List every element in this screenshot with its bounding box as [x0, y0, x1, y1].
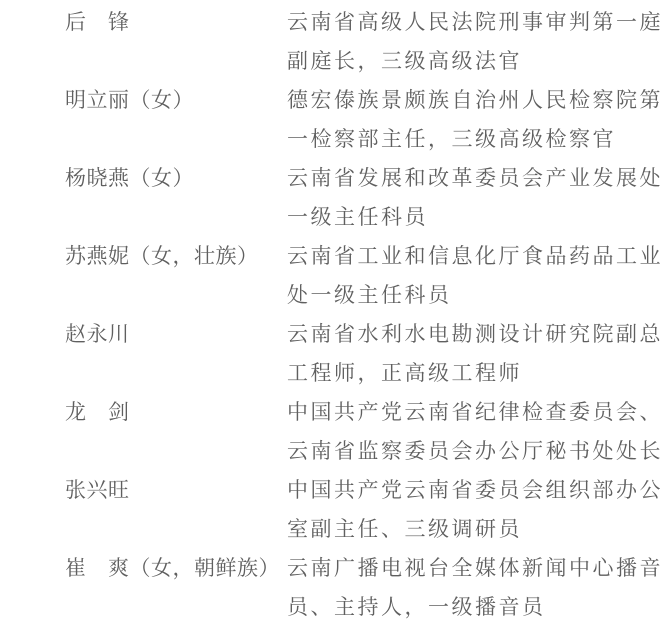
- person-name: 苏燕妮（女，壮族）: [65, 237, 287, 276]
- position-line-1: 云南省高级人民法院刑事审判第一庭: [287, 3, 663, 42]
- person-name: 杨晓燕（女）: [65, 159, 287, 198]
- person-position: 德宏傣族景颇族自治州人民检察院第 一检察部主任，三级高级检察官: [287, 81, 663, 159]
- appointment-roster: 后 锋 云南省高级人民法院刑事审判第一庭 副庭长，三级高级法官 明立丽（女） 德…: [0, 0, 670, 633]
- document-page: { "document": { "colors": { "background"…: [0, 0, 670, 633]
- position-line-1: 德宏傣族景颇族自治州人民检察院第: [287, 81, 663, 120]
- person-position: 云南省高级人民法院刑事审判第一庭 副庭长，三级高级法官: [287, 3, 663, 81]
- position-line-2: 处一级主任科员: [287, 276, 663, 315]
- entry-row: 龙 剑 中国共产党云南省纪律检查委员会、 云南省监察委员会办公厅秘书处处长: [65, 393, 662, 471]
- person-position: 云南广播电视台全媒体新闻中心播音 员、主持人，一级播音员: [287, 549, 663, 627]
- person-name: 崔 爽（女，朝鲜族）: [65, 549, 287, 588]
- person-name: 张兴旺: [65, 471, 287, 510]
- position-line-2: 员、主持人，一级播音员: [287, 588, 663, 627]
- person-position: 中国共产党云南省纪律检查委员会、 云南省监察委员会办公厅秘书处处长: [287, 393, 663, 471]
- person-position: 云南省工业和信息化厅食品药品工业 处一级主任科员: [287, 237, 663, 315]
- person-position: 中国共产党云南省委员会组织部办公 室副主任、三级调研员: [287, 471, 663, 549]
- entry-row: 明立丽（女） 德宏傣族景颇族自治州人民检察院第 一检察部主任，三级高级检察官: [65, 81, 662, 159]
- person-name: 赵永川: [65, 315, 287, 354]
- person-position: 云南省水利水电勘测设计研究院副总 工程师，正高级工程师: [287, 315, 663, 393]
- entry-row: 杨晓燕（女） 云南省发展和改革委员会产业发展处 一级主任科员: [65, 159, 662, 237]
- person-name: 后 锋: [65, 3, 287, 42]
- entry-row: 张兴旺 中国共产党云南省委员会组织部办公 室副主任、三级调研员: [65, 471, 662, 549]
- entry-row: 苏燕妮（女，壮族） 云南省工业和信息化厅食品药品工业 处一级主任科员: [65, 237, 662, 315]
- position-line-1: 中国共产党云南省纪律检查委员会、: [287, 393, 663, 432]
- position-line-2: 云南省监察委员会办公厅秘书处处长: [287, 432, 663, 471]
- position-line-2: 一检察部主任，三级高级检察官: [287, 120, 663, 159]
- person-name: 明立丽（女）: [65, 81, 287, 120]
- position-line-2: 室副主任、三级调研员: [287, 510, 663, 549]
- position-line-2: 工程师，正高级工程师: [287, 354, 663, 393]
- position-line-2: 副庭长，三级高级法官: [287, 42, 663, 81]
- position-line-1: 云南省发展和改革委员会产业发展处: [287, 159, 663, 198]
- entry-row: 后 锋 云南省高级人民法院刑事审判第一庭 副庭长，三级高级法官: [65, 3, 662, 81]
- position-line-1: 云南广播电视台全媒体新闻中心播音: [287, 549, 663, 588]
- position-line-1: 中国共产党云南省委员会组织部办公: [287, 471, 663, 510]
- entry-row: 崔 爽（女，朝鲜族） 云南广播电视台全媒体新闻中心播音 员、主持人，一级播音员: [65, 549, 662, 627]
- person-name: 龙 剑: [65, 393, 287, 432]
- position-line-1: 云南省水利水电勘测设计研究院副总: [287, 315, 663, 354]
- entry-row: 赵永川 云南省水利水电勘测设计研究院副总 工程师，正高级工程师: [65, 315, 662, 393]
- position-line-1: 云南省工业和信息化厅食品药品工业: [287, 237, 663, 276]
- position-line-2: 一级主任科员: [287, 198, 663, 237]
- person-position: 云南省发展和改革委员会产业发展处 一级主任科员: [287, 159, 663, 237]
